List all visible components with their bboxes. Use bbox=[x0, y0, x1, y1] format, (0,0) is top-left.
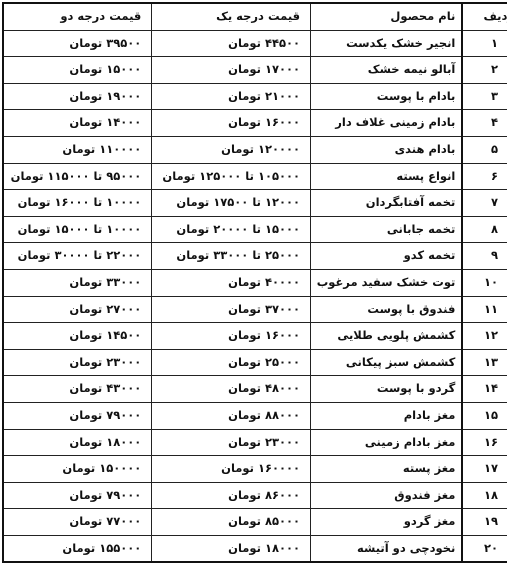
table-row: ۱۷مغز پسته۱۶۰۰۰۰ تومان۱۵۰۰۰۰ تومان bbox=[3, 456, 507, 483]
price-grade-1-cell: ۴۸۰۰۰ تومان bbox=[152, 376, 311, 403]
table-row: ۱۴گردو با پوست۴۸۰۰۰ تومان۴۳۰۰۰ تومان bbox=[3, 376, 507, 403]
product-name-cell: مغز فندوق bbox=[311, 482, 463, 509]
price-table: ردیف نام محصول قیمت درجه یک قیمت درجه دو… bbox=[2, 2, 507, 563]
row-number-cell: ۱۹ bbox=[462, 509, 507, 536]
price-grade-1-cell: ۱۵۰۰۰ تا ۲۰۰۰۰ تومان bbox=[152, 216, 311, 243]
header-price-grade-1: قیمت درجه یک bbox=[152, 3, 311, 30]
price-grade-1-cell: ۱۶۰۰۰۰ تومان bbox=[152, 456, 311, 483]
product-name-cell: مغز بادام زمینی bbox=[311, 429, 463, 456]
table-row: ۴بادام زمینی غلاف دار۱۶۰۰۰ تومان۱۴۰۰۰ تو… bbox=[3, 110, 507, 137]
product-name-cell: فندوق با پوست bbox=[311, 296, 463, 323]
table-row: ۱۳کشمش سبز پیکانی۲۵۰۰۰ تومان۲۳۰۰۰ تومان bbox=[3, 349, 507, 376]
price-grade-1-cell: ۱۲۰۰۰۰ تومان bbox=[152, 136, 311, 163]
price-grade-1-cell: ۲۵۰۰۰ تا ۳۳۰۰۰ تومان bbox=[152, 243, 311, 270]
price-grade-2-cell: ۷۹۰۰۰ تومان bbox=[3, 402, 152, 429]
table-row: ۱۱فندوق با پوست۳۷۰۰۰ تومان۲۷۰۰۰ تومان bbox=[3, 296, 507, 323]
product-name-cell: انجیر خشک یکدست bbox=[311, 30, 463, 57]
price-grade-2-cell: ۱۵۵۰۰۰ تومان bbox=[3, 535, 152, 562]
product-name-cell: بادام هندی bbox=[311, 136, 463, 163]
price-grade-1-cell: ۲۵۰۰۰ تومان bbox=[152, 349, 311, 376]
row-number-cell: ۱۲ bbox=[462, 323, 507, 350]
product-name-cell: مغز بادام bbox=[311, 402, 463, 429]
table-row: ۹تخمه کدو۲۵۰۰۰ تا ۳۳۰۰۰ تومان۲۲۰۰۰ تا ۳۰… bbox=[3, 243, 507, 270]
row-number-cell: ۸ bbox=[462, 216, 507, 243]
price-grade-1-cell: ۴۰۰۰۰ تومان bbox=[152, 269, 311, 296]
row-number-cell: ۳ bbox=[462, 83, 507, 110]
product-name-cell: تخمه آفتابگردان bbox=[311, 190, 463, 217]
product-name-cell: گردو با پوست bbox=[311, 376, 463, 403]
row-number-cell: ۱۱ bbox=[462, 296, 507, 323]
header-row-number: ردیف bbox=[462, 3, 507, 30]
row-number-cell: ۴ bbox=[462, 110, 507, 137]
price-grade-1-cell: ۲۳۰۰۰ تومان bbox=[152, 429, 311, 456]
row-number-cell: ۵ bbox=[462, 136, 507, 163]
table-row: ۶انواع پسته۱۰۵۰۰۰ تا ۱۲۵۰۰۰ تومان۹۵۰۰۰ ت… bbox=[3, 163, 507, 190]
row-number-cell: ۲ bbox=[462, 57, 507, 84]
row-number-cell: ۱۸ bbox=[462, 482, 507, 509]
price-grade-1-cell: ۱۲۰۰۰ تا ۱۷۵۰۰ تومان bbox=[152, 190, 311, 217]
product-name-cell: بادام زمینی غلاف دار bbox=[311, 110, 463, 137]
price-grade-1-cell: ۴۴۵۰۰ تومان bbox=[152, 30, 311, 57]
price-grade-1-cell: ۱۷۰۰۰ تومان bbox=[152, 57, 311, 84]
price-grade-2-cell: ۳۳۰۰۰ تومان bbox=[3, 269, 152, 296]
product-name-cell: مغز گردو bbox=[311, 509, 463, 536]
table-row: ۱۶مغز بادام زمینی۲۳۰۰۰ تومان۱۸۰۰۰ تومان bbox=[3, 429, 507, 456]
row-number-cell: ۱۶ bbox=[462, 429, 507, 456]
price-grade-2-cell: ۲۷۰۰۰ تومان bbox=[3, 296, 152, 323]
product-name-cell: مغز پسته bbox=[311, 456, 463, 483]
price-grade-1-cell: ۸۵۰۰۰ تومان bbox=[152, 509, 311, 536]
row-number-cell: ۹ bbox=[462, 243, 507, 270]
price-grade-1-cell: ۱۶۰۰۰ تومان bbox=[152, 110, 311, 137]
table-row: ۱۹مغز گردو۸۵۰۰۰ تومان۷۷۰۰۰ تومان bbox=[3, 509, 507, 536]
table-row: ۳بادام با پوست۲۱۰۰۰ تومان۱۹۰۰۰ تومان bbox=[3, 83, 507, 110]
price-grade-2-cell: ۱۰۰۰۰ تا ۱۵۰۰۰ تومان bbox=[3, 216, 152, 243]
table-row: ۱۲کشمش پلویی طلایی۱۶۰۰۰ تومان۱۴۵۰۰ تومان bbox=[3, 323, 507, 350]
price-grade-2-cell: ۲۲۰۰۰ تا ۳۰۰۰۰ تومان bbox=[3, 243, 152, 270]
product-name-cell: بادام با پوست bbox=[311, 83, 463, 110]
product-name-cell: نخودچی دو آتیشه bbox=[311, 535, 463, 562]
product-name-cell: آبالو نیمه خشک bbox=[311, 57, 463, 84]
row-number-cell: ۲۰ bbox=[462, 535, 507, 562]
product-name-cell: تخمه جابانی bbox=[311, 216, 463, 243]
product-name-cell: کشمش پلویی طلایی bbox=[311, 323, 463, 350]
table-row: ۲آبالو نیمه خشک۱۷۰۰۰ تومان۱۵۰۰۰ تومان bbox=[3, 57, 507, 84]
price-grade-2-cell: ۱۱۰۰۰۰ تومان bbox=[3, 136, 152, 163]
price-grade-2-cell: ۱۸۰۰۰ تومان bbox=[3, 429, 152, 456]
row-number-cell: ۱ bbox=[462, 30, 507, 57]
row-number-cell: ۶ bbox=[462, 163, 507, 190]
row-number-cell: ۱۵ bbox=[462, 402, 507, 429]
table-header-row: ردیف نام محصول قیمت درجه یک قیمت درجه دو bbox=[3, 3, 507, 30]
price-grade-2-cell: ۷۷۰۰۰ تومان bbox=[3, 509, 152, 536]
row-number-cell: ۱۴ bbox=[462, 376, 507, 403]
row-number-cell: ۷ bbox=[462, 190, 507, 217]
price-grade-2-cell: ۱۴۰۰۰ تومان bbox=[3, 110, 152, 137]
price-grade-1-cell: ۱۰۵۰۰۰ تا ۱۲۵۰۰۰ تومان bbox=[152, 163, 311, 190]
table-row: ۸تخمه جابانی۱۵۰۰۰ تا ۲۰۰۰۰ تومان۱۰۰۰۰ تا… bbox=[3, 216, 507, 243]
table-row: ۱۰توت خشک سفید مرغوب۴۰۰۰۰ تومان۳۳۰۰۰ توم… bbox=[3, 269, 507, 296]
table-body: ۱انجیر خشک یکدست۴۴۵۰۰ تومان۳۹۵۰۰ تومان۲آ… bbox=[3, 30, 507, 562]
price-grade-1-cell: ۱۶۰۰۰ تومان bbox=[152, 323, 311, 350]
price-grade-1-cell: ۸۶۰۰۰ تومان bbox=[152, 482, 311, 509]
price-grade-2-cell: ۳۹۵۰۰ تومان bbox=[3, 30, 152, 57]
product-name-cell: انواع پسته bbox=[311, 163, 463, 190]
price-grade-2-cell: ۱۵۰۰۰ تومان bbox=[3, 57, 152, 84]
price-grade-2-cell: ۹۵۰۰۰ تا ۱۱۵۰۰۰ تومان bbox=[3, 163, 152, 190]
price-grade-1-cell: ۱۸۰۰۰ تومان bbox=[152, 535, 311, 562]
product-name-cell: کشمش سبز پیکانی bbox=[311, 349, 463, 376]
price-grade-1-cell: ۸۸۰۰۰ تومان bbox=[152, 402, 311, 429]
header-product-name: نام محصول bbox=[311, 3, 463, 30]
price-grade-2-cell: ۱۴۵۰۰ تومان bbox=[3, 323, 152, 350]
product-name-cell: تخمه کدو bbox=[311, 243, 463, 270]
product-name-cell: توت خشک سفید مرغوب bbox=[311, 269, 463, 296]
row-number-cell: ۱۷ bbox=[462, 456, 507, 483]
row-number-cell: ۱۳ bbox=[462, 349, 507, 376]
price-grade-2-cell: ۱۹۰۰۰ تومان bbox=[3, 83, 152, 110]
table-row: ۱انجیر خشک یکدست۴۴۵۰۰ تومان۳۹۵۰۰ تومان bbox=[3, 30, 507, 57]
table-row: ۷تخمه آفتابگردان۱۲۰۰۰ تا ۱۷۵۰۰ تومان۱۰۰۰… bbox=[3, 190, 507, 217]
price-grade-1-cell: ۳۷۰۰۰ تومان bbox=[152, 296, 311, 323]
price-grade-2-cell: ۱۵۰۰۰۰ تومان bbox=[3, 456, 152, 483]
row-number-cell: ۱۰ bbox=[462, 269, 507, 296]
price-grade-2-cell: ۴۳۰۰۰ تومان bbox=[3, 376, 152, 403]
price-grade-1-cell: ۲۱۰۰۰ تومان bbox=[152, 83, 311, 110]
table-row: ۱۵مغز بادام۸۸۰۰۰ تومان۷۹۰۰۰ تومان bbox=[3, 402, 507, 429]
price-grade-2-cell: ۱۰۰۰۰ تا ۱۶۰۰۰ تومان bbox=[3, 190, 152, 217]
table-row: ۱۸مغز فندوق۸۶۰۰۰ تومان۷۹۰۰۰ تومان bbox=[3, 482, 507, 509]
table-row: ۵بادام هندی۱۲۰۰۰۰ تومان۱۱۰۰۰۰ تومان bbox=[3, 136, 507, 163]
table-row: ۲۰نخودچی دو آتیشه۱۸۰۰۰ تومان۱۵۵۰۰۰ تومان bbox=[3, 535, 507, 562]
header-price-grade-2: قیمت درجه دو bbox=[3, 3, 152, 30]
price-grade-2-cell: ۷۹۰۰۰ تومان bbox=[3, 482, 152, 509]
price-grade-2-cell: ۲۳۰۰۰ تومان bbox=[3, 349, 152, 376]
